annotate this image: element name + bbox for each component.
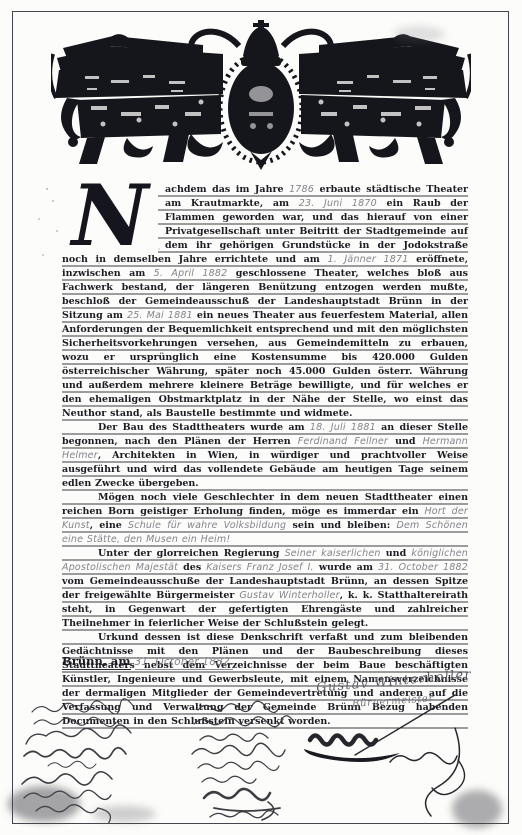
print-text: wurde am [314,562,378,573]
handwritten-text: 23. Juni 1870 [299,198,377,209]
imperial-crest-ornament [51,20,471,170]
handwritten-text: 31. October 1882 [378,562,468,573]
handwritten-text: 1786 [289,184,314,195]
handwritten-text: 1. Jänner 1871 [327,254,408,265]
paragraph-3: Mögen noch viele Geschlechter in dem neu… [62,491,468,547]
print-text: , eine [90,520,128,531]
print-text: sein und bleiben: [286,520,396,531]
document-page: Nachdem das im Jahre 1786 erbaute städti… [0,0,522,835]
handwritten-text: 25. Mai 1881 [127,310,193,321]
ink-smudge [92,806,156,822]
print-text: ein neues Theater aus feuerfestem Materi… [62,310,468,419]
document-body: Nachdem das im Jahre 1786 erbaute städti… [62,183,468,729]
print-text: des [178,562,206,573]
signature-cluster-middle [192,701,294,820]
dateline-date: 31. October 1882. [135,656,234,670]
ink-smudge [393,26,445,42]
print-text: und [388,436,423,447]
handwritten-text: 5. April 1882 [154,268,228,279]
signature-scrawls [18,688,508,823]
handwritten-text: Schule für wahre Volksbildung [128,520,286,531]
ink-smudge [452,790,502,828]
ink-speckles [46,188,48,190]
dateline-place: Brünn, am [62,654,131,670]
print-text: , Architekten in Wien, in würdiger und p… [62,450,468,489]
print-text: achdem das im Jahre [165,184,289,195]
paragraph-1: Nachdem das im Jahre 1786 erbaute städti… [62,183,468,421]
handwritten-text: Ferdinand Fellner [298,436,388,447]
print-text: Mögen noch viele Geschlechter in dem neu… [62,492,468,517]
illuminated-initial: N [62,183,158,253]
paragraph-2: Der Bau des Stadttheaters wurde am 18. J… [62,421,468,491]
handwritten-text: Kaisers Franz Josef I. [206,562,314,573]
print-text: Unter der glorreichen Regierung [98,548,285,559]
paragraph-4: Unter der glorreichen Regierung Seiner k… [62,547,468,631]
signature-cluster-right [304,695,465,816]
handwritten-text: Gustav Winterholler [239,590,339,601]
ink-smudge [8,786,80,822]
print-text: Der Bau des Stadttheaters wurde am [98,422,310,433]
handwritten-text: 18. Juli 1881 [310,422,376,433]
handwritten-text: Seiner kaiserlichen [285,548,381,559]
dateline: Brünn, am 31. October 1882. [62,654,233,668]
print-text: und [381,548,412,559]
